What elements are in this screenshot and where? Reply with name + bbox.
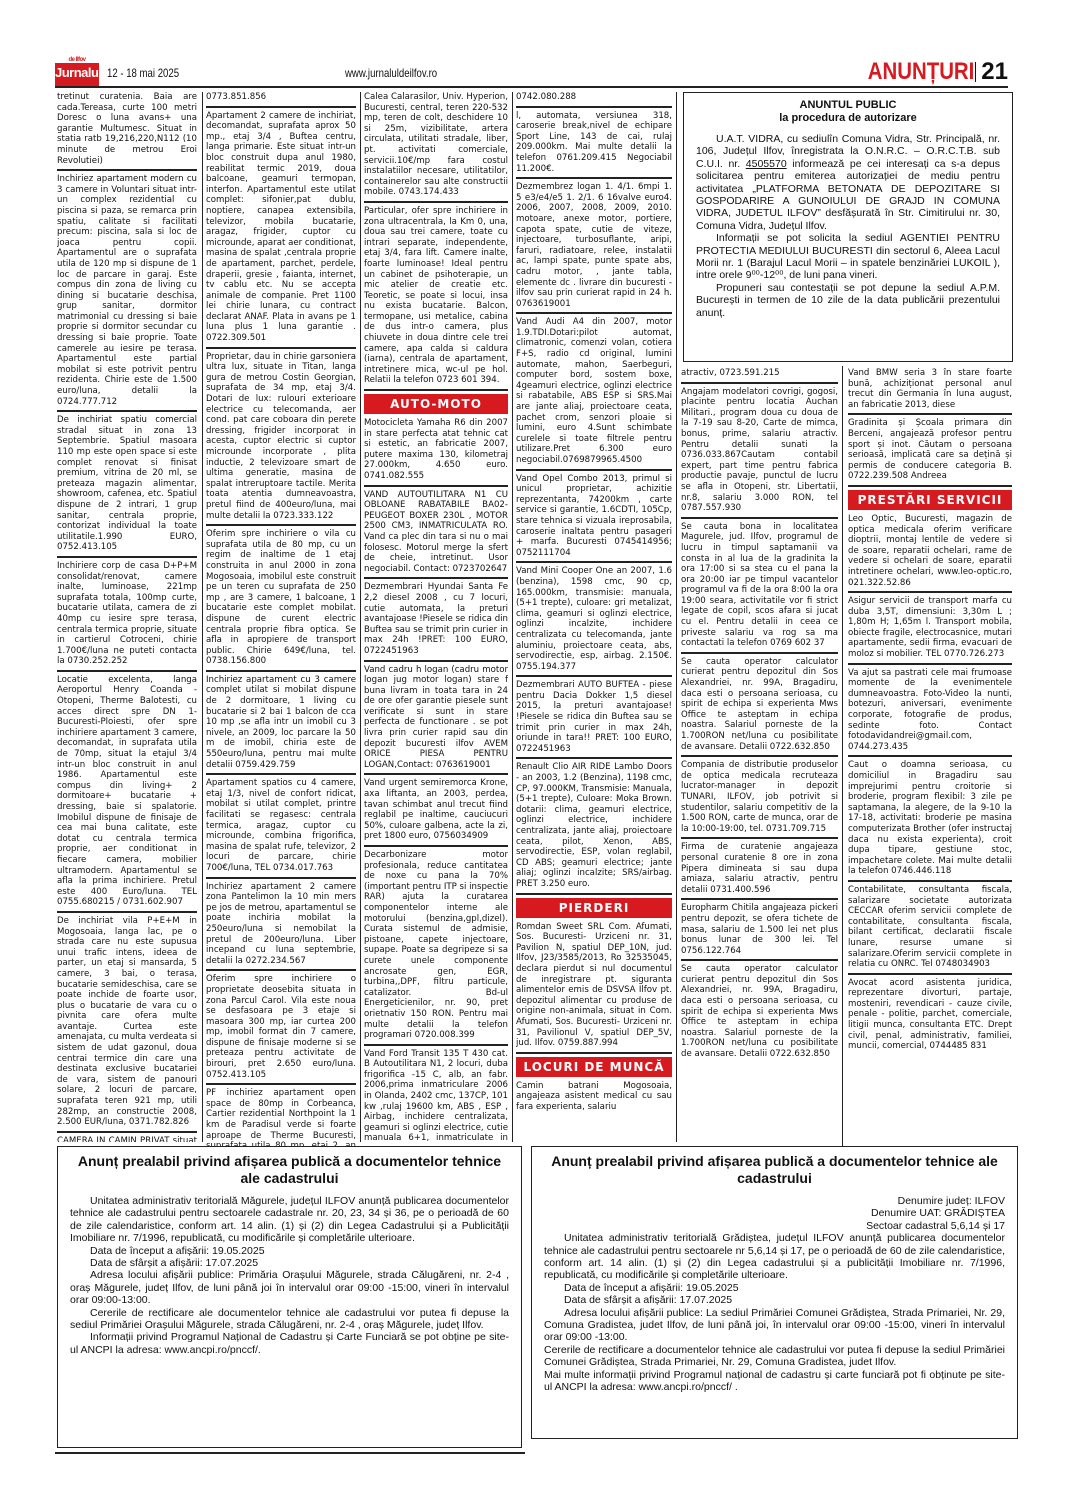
uat-name: Denumire UAT: GRĂDIȘTEA xyxy=(544,1207,1005,1219)
section-title: ANUNȚURI xyxy=(867,58,974,86)
section-header-prestari-servicii: PRESTĂRI SERVICII xyxy=(848,490,1012,510)
column-6: Vand BMW seria 3 în stare foarte bună, a… xyxy=(848,368,1012,1148)
display-address: Adresa locului afișării publice: Primări… xyxy=(70,1269,509,1306)
classified-ad: De inchiriat spatiu comercial stradal si… xyxy=(57,415,197,558)
notice-paragraph: U.A.T. VIDRA, cu sediulîn Comuna Vidra, … xyxy=(696,133,1000,232)
classified-ad: Inchiriez apartament modern cu 3 camere … xyxy=(57,174,197,412)
classified-ad: Va ajut sa pastrati cele mai frumoase mo… xyxy=(848,668,1012,758)
classified-ad: Avocat acord asistenta juridica, repreze… xyxy=(848,978,1012,1055)
classified-ad: Inchiriez apartament cu 3 camere complet… xyxy=(206,675,356,775)
classified-ad: atractiv, 0723.591.215 xyxy=(681,368,838,384)
classified-ad: Dezmembrari Hyundai Santa Fe 2,2 diesel … xyxy=(364,582,508,661)
classified-ad: PF inchiriez apartament open space de 80… xyxy=(206,1088,356,1147)
display-end-date: Data de sfârșit a afișării: 17.07.2025 xyxy=(544,1294,1005,1306)
logo-tagline: de Ilfov xyxy=(55,56,99,63)
classified-ad: De inchiriat vila P+E+M in Mogosoaia, la… xyxy=(57,916,197,1133)
notice-subtitle: la procedura de autorizare xyxy=(696,112,1000,125)
classified-ad: Oferim spre inchiriere o vila cu suprafa… xyxy=(206,529,356,672)
classified-ad: Gradinita și Școala primara din Berceni,… xyxy=(848,418,1012,487)
page-number: 21 xyxy=(981,58,1008,86)
classified-ad: Locatie excelenta, langa Aeroportul Henr… xyxy=(57,675,197,913)
cadastre-notice-gradistea: Anunț prealabil privind afișarea publică… xyxy=(531,1146,1018,1439)
column-1: tretinut curatenia. Baia are cada.Tereas… xyxy=(57,92,197,1142)
classified-ad: Calea Calarasilor, Univ. Hyperion, Bucur… xyxy=(364,92,508,203)
classified-ad: Europharm Chitila angajeaza pickeri pent… xyxy=(681,903,838,961)
classified-ad: Inchiriere corp de casa D+P+M consolidat… xyxy=(57,561,197,672)
classified-ad: Proprietar, dau in chirie garsoniera ult… xyxy=(206,352,356,527)
cui-number: 4505570 xyxy=(746,158,787,170)
classified-ad: Angajam modelatori covrigi, gogosi, plac… xyxy=(681,387,838,519)
classified-ad: Decarbonizare motor profesionala, reduce… xyxy=(364,850,508,1046)
section-header-pierderi: PIERDERI xyxy=(516,898,672,918)
classified-ad: l, automata, versiunea 318, caroserie br… xyxy=(516,111,672,180)
classified-ad: Camin batrani Mogosoaia, angajeaza asist… xyxy=(516,1081,672,1116)
classified-ad: Se cauta bona in localitatea Magurele, j… xyxy=(681,522,838,654)
classified-ad: Firma de curatenie angajeaza personal cu… xyxy=(681,842,838,900)
notice-title: ANUNTUL PUBLIC xyxy=(696,99,1000,112)
cadastre-paragraph: Unitatea administrativ teritorială Măgur… xyxy=(70,1195,509,1245)
column-divider xyxy=(676,92,677,1142)
classified-ad: Vand Audi A4 din 2007, motor 1.9.TDI.Dot… xyxy=(516,317,672,470)
website-link[interactable]: www.jurnaluldeilfov.ro xyxy=(345,66,437,80)
ancpi-info: Informații privind Programul Național de… xyxy=(70,1331,509,1356)
classified-ad: Se cauta operator calculator curierat pe… xyxy=(681,657,838,757)
classified-ad: Vand Mini Cooper One an 2007, 1.6 (benzi… xyxy=(516,566,672,677)
classified-ad: Se cauta operator calculator curierat pe… xyxy=(681,964,838,1062)
column-4: 0742.080.288 l, automata, versiunea 318,… xyxy=(516,92,672,1142)
cadastre-notice-magurele: Anunț prealabil privind afișarea publică… xyxy=(57,1146,522,1448)
public-notice-vidra: ANUNTUL PUBLIC la procedura de autorizar… xyxy=(683,92,1013,362)
classified-ad: Dezmembrari AUTO BUFTEA - piese pentru D… xyxy=(516,680,672,759)
classified-ad: Vand BMW seria 3 în stare foarte bună, a… xyxy=(848,368,1012,415)
cadastre-title: Anunț prealabil privind afișarea publică… xyxy=(544,1153,1005,1187)
classified-ad: tretinut curatenia. Baia are cada.Tereas… xyxy=(57,92,197,171)
issue-date: 12 - 18 mai 2025 xyxy=(107,66,179,80)
display-end-date: Data de sfârșit a afișării: 17.07.2025 xyxy=(70,1257,509,1269)
classified-ad: Vand Ford Transit 135 T 430 cat. B Autou… xyxy=(364,1049,508,1142)
column-5: atractiv, 0723.591.215 Angajam modelator… xyxy=(681,368,838,1143)
classified-ad: VAND AUTOUTILITARA N1 CU OBLOANE RABATAB… xyxy=(364,490,508,580)
county-name: Denumire județ: ILFOV xyxy=(544,1195,1005,1207)
classified-ad: 0742.080.288 xyxy=(516,92,672,108)
column-divider xyxy=(202,92,203,1142)
classified-ad: Particular, ofer spre inchiriere in zona… xyxy=(364,206,508,391)
classified-ad: Vand Opel Combo 2013, primul si unicul p… xyxy=(516,474,672,564)
classified-ad: 0773.851.856 xyxy=(206,92,356,108)
classified-ad: CAMERA IN CAMIN PRIVAT situat pe str. Mi… xyxy=(57,1136,197,1142)
section-header-locuri-de-munca: LOCURI DE MUNCĂ xyxy=(516,1057,672,1077)
classified-ad: Motocicleta Yamaha R6 din 2007 in stare … xyxy=(364,418,508,487)
section-header-auto-moto: AUTO-MOTO xyxy=(364,394,508,414)
logo-text: Jurnalul xyxy=(55,65,102,80)
column-divider xyxy=(512,92,513,1142)
newspaper-logo: de IlfovJurnalul xyxy=(55,56,99,86)
classified-ad: Asigur servicii de transport marfa cu du… xyxy=(848,596,1012,665)
rectification-requests: Cererile de rectificare a documentelor t… xyxy=(544,1344,1005,1369)
column-2: 0773.851.856 Apartament 2 camere de inch… xyxy=(206,92,356,1147)
classified-ad: Vand urgent semiremorca Krone, axa lifta… xyxy=(364,778,508,847)
classified-ad: Inchiriez apartament 2 camere zona Pante… xyxy=(206,882,356,972)
display-start-date: Data de început a afișării: 19.05.2025 xyxy=(70,1245,509,1257)
classified-ad: Renault Clio AIR RIDE Lambo Doors - an 2… xyxy=(516,762,672,894)
display-start-date: Data de început a afișării: 19.05.2025 xyxy=(544,1282,1005,1294)
rectification-requests: Cererile de rectificare ale documentelor… xyxy=(70,1307,509,1332)
classified-ad: Caut o doamna serioasa, cu domiciliul in… xyxy=(848,760,1012,882)
notice-paragraph: Informații se pot solicita la sediul AGE… xyxy=(696,232,1000,282)
page-header: de IlfovJurnalul 12 - 18 mai 2025 www.ju… xyxy=(55,56,1008,88)
bottom-rule xyxy=(55,1452,525,1454)
classified-ad: Romdan Sweet SRL Com. Afumati, Sos. Bucu… xyxy=(516,922,672,1054)
display-address: Adresa locului afișării publice: La sedi… xyxy=(544,1307,1005,1344)
cadastre-title: Anunț prealabil privind afișarea publică… xyxy=(70,1153,509,1187)
classified-ad: Oferim spre inchiriere o proprietate deo… xyxy=(206,974,356,1085)
column-3: Calea Calarasilor, Univ. Hyperion, Bucur… xyxy=(364,92,508,1142)
classified-ad: Dezmembrez logan 1. 4/1. 6mpi 1. 5 e3/e4… xyxy=(516,182,672,314)
ancpi-info: Mai multe informații privind Programul n… xyxy=(544,1369,1005,1394)
classified-ad: Leo Optic, Bucuresti, magazin de optica … xyxy=(848,514,1012,593)
classified-ad: Apartament 2 camere de inchiriat, decoma… xyxy=(206,111,356,349)
cadastral-sectors: Sectoar cadastral 5,6,14 și 17 xyxy=(544,1220,1005,1232)
notice-paragraph: Propuneri sau contestații se pot depune … xyxy=(696,282,1000,319)
column-divider xyxy=(842,366,843,1146)
column-divider xyxy=(360,92,361,1142)
classified-ad: Vand cadru h logan (cadru motor logan ju… xyxy=(364,665,508,776)
cadastre-paragraph: Unitatea administrativ teritorială Grădi… xyxy=(544,1232,1005,1282)
classified-ad: Compania de distributie produselor de op… xyxy=(681,760,838,839)
classified-ad: Contabilitate, consultanta fiscala, sala… xyxy=(848,885,1012,975)
classified-ad: Apartament spatios cu 4 camere, etaj 1/3… xyxy=(206,778,356,878)
